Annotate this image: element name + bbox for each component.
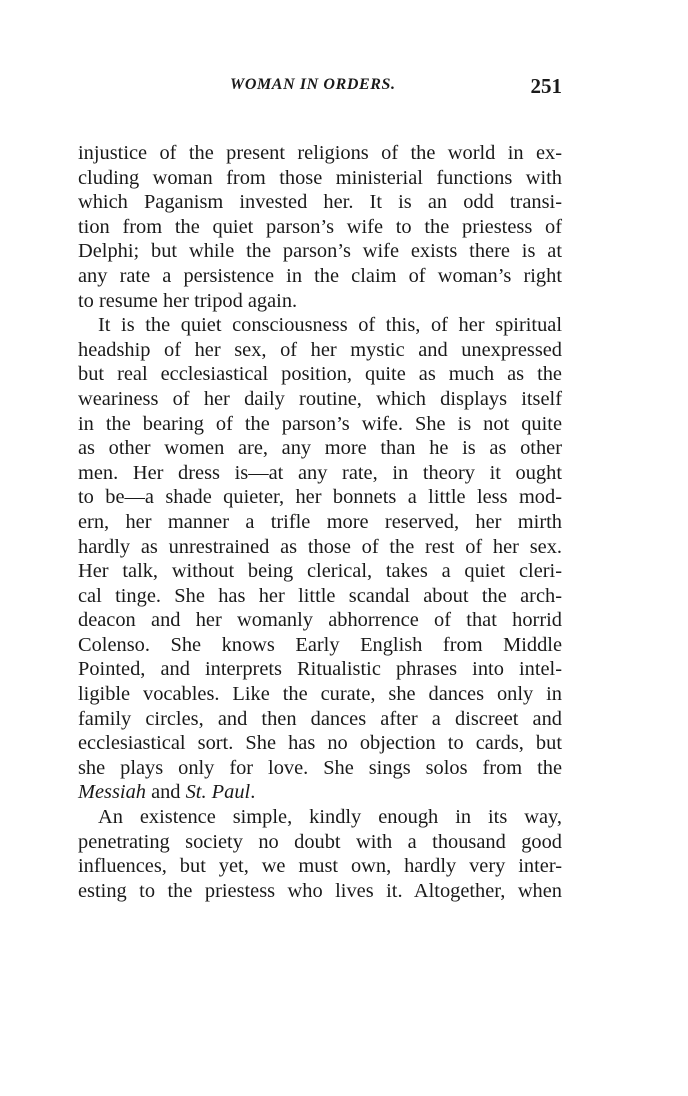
text-line: men. Her dress is—at any rate, in theory… xyxy=(78,461,562,486)
text-line: but real ecclesiastical position, quite … xyxy=(78,362,562,387)
paragraph-2: It is the quiet consciousness of this, o… xyxy=(78,313,562,805)
text-fragment: and xyxy=(146,781,186,803)
text-line: cal tinge. She has her little scandal ab… xyxy=(78,584,562,609)
text-line: Pointed, and interprets Ritualistic phra… xyxy=(78,657,562,682)
text-line: Colenso. She knows Early English from Mi… xyxy=(78,633,562,658)
paragraph-3: An existence simple, kindly enough in it… xyxy=(78,805,562,903)
text-line: she plays only for love. She sings solos… xyxy=(78,756,562,781)
text-line: in the bearing of the parson’s wife. She… xyxy=(78,412,562,437)
text-line: hardly as unrestrained as those of the r… xyxy=(78,535,562,560)
text-line: penetrating society no doubt with a thou… xyxy=(78,830,562,855)
text-line: tion from the quiet parson’s wife to the… xyxy=(78,215,562,240)
text-fragment: . xyxy=(250,781,255,803)
text-line: to be—a shade quieter, her bonnets a lit… xyxy=(78,485,562,510)
text-line-with-italics: Messiah and St. Paul. xyxy=(78,780,562,805)
text-line: It is the quiet consciousness of this, o… xyxy=(78,313,562,338)
text-line: ern, her manner a trifle more reserved, … xyxy=(78,510,562,535)
text-line: weariness of her daily routine, which di… xyxy=(78,387,562,412)
italic-title-st-paul: St. Paul xyxy=(186,781,251,803)
text-line: injustice of the present religions of th… xyxy=(78,141,562,166)
text-line: ecclesiastical sort. She has no objectio… xyxy=(78,731,562,756)
text-line: esting to the priestess who lives it. Al… xyxy=(78,879,562,904)
text-line: to resume her tripod again. xyxy=(78,289,562,314)
running-head: WOMAN IN ORDERS. 251 xyxy=(78,74,562,102)
text-line: An existence simple, kindly enough in it… xyxy=(78,805,562,830)
text-line: ligible vocables. Like the curate, she d… xyxy=(78,682,562,707)
text-line: headship of her sex, of her mystic and u… xyxy=(78,338,562,363)
text-line: deacon and her womanly abhorrence of tha… xyxy=(78,608,562,633)
book-page: WOMAN IN ORDERS. 251 injustice of the pr… xyxy=(0,0,688,1096)
paragraph-1: injustice of the present religions of th… xyxy=(78,141,562,313)
text-line: cluding woman from those ministerial fun… xyxy=(78,166,562,191)
text-line: Her talk, without being clerical, takes … xyxy=(78,559,562,584)
italic-title-messiah: Messiah xyxy=(78,781,146,803)
text-line: Delphi; but while the parson’s wife exis… xyxy=(78,239,562,264)
running-title: WOMAN IN ORDERS. xyxy=(230,76,396,94)
text-line: influences, but yet, we must own, hardly… xyxy=(78,854,562,879)
text-line: which Paganism invested her. It is an od… xyxy=(78,190,562,215)
text-line: any rate a persistence in the claim of w… xyxy=(78,264,562,289)
page-number: 251 xyxy=(531,74,563,99)
text-line: as other women are, any more than he is … xyxy=(78,436,562,461)
body-text: injustice of the present religions of th… xyxy=(78,141,562,903)
text-line: family circles, and then dances after a … xyxy=(78,707,562,732)
